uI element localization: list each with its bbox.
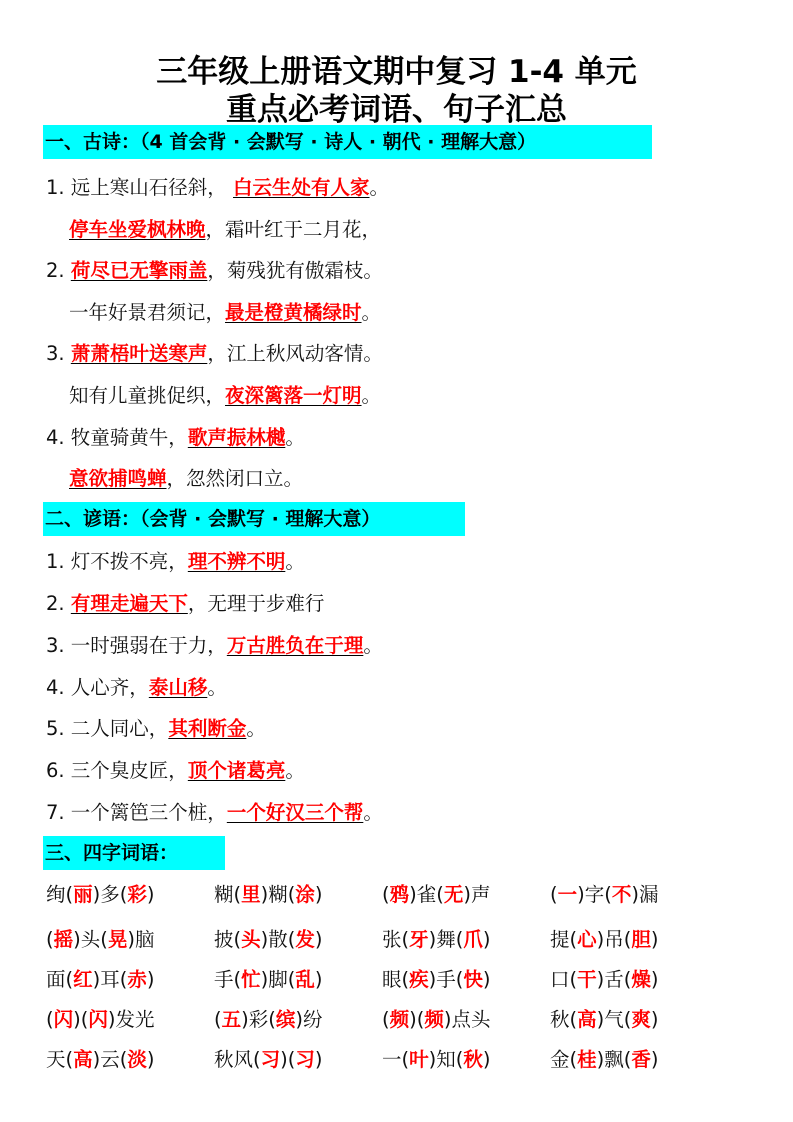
answer-text: 夜深篱落一灯明 [225, 384, 362, 407]
poem-line: 停车坐爱枫林晚，霜叶红于二月花， [69, 216, 381, 244]
answer-text: 白云生处有人家 [233, 176, 370, 199]
poem-line: 1. 远上寒山石径斜， 白云生处有人家。 [46, 174, 389, 202]
answer-text: 顶个诸葛亮 [188, 759, 286, 782]
idiom-fill-answer: 频 [424, 1008, 444, 1031]
idiom-fill-answer: 频 [390, 1008, 410, 1031]
proverb-line: 6. 三个臭皮匠，顶个诸葛亮。 [46, 757, 305, 785]
idiom-item: 一(叶)知(秋) [382, 1044, 491, 1076]
idiom-fill-answer: 干 [577, 968, 597, 991]
idiom-item: (一)字(不)漏 [550, 879, 659, 911]
idiom-item: 金(桂)飘(香) [550, 1044, 659, 1076]
section-heading-four-char-idioms: 三、四字词语： [43, 836, 225, 870]
idiom-fill-answer: 疾 [409, 968, 429, 991]
idiom-item: 糊(里)糊(涂) [214, 879, 323, 911]
idiom-item: (频)(频)点头 [382, 1004, 491, 1036]
poem-line: 知有儿童挑促织，夜深篱落一灯明。 [69, 382, 381, 410]
page-title-line2: 重点必考词语、句子汇总 [0, 84, 793, 129]
idiom-fill-answer: 发 [295, 928, 315, 951]
idiom-fill-answer: 忙 [241, 968, 261, 991]
idiom-fill-answer: 秋 [463, 1048, 483, 1071]
idiom-item: (闪)(闪)发光 [46, 1004, 155, 1036]
answer-text: 停车坐爱枫林晚 [69, 218, 206, 241]
poem-line: 3. 萧萧梧叶送寒声，江上秋风动客情。 [46, 340, 383, 368]
idiom-item: (五)彩(缤)纷 [214, 1004, 323, 1036]
idiom-item: 张(牙)舞(爪) [382, 924, 491, 956]
idiom-fill-answer: 爪 [463, 928, 483, 951]
idiom-fill-answer: 快 [463, 968, 483, 991]
proverb-line: 4. 人心齐，泰山移。 [46, 674, 227, 702]
idiom-fill-answer: 闪 [54, 1008, 74, 1031]
idiom-item: 口(干)舌(燥) [550, 964, 659, 996]
idiom-item: 绚(丽)多(彩) [46, 879, 155, 911]
idiom-fill-answer: 闪 [88, 1008, 108, 1031]
proverb-line: 3. 一时强弱在于力，万古胜负在于理。 [46, 632, 383, 660]
idiom-fill-answer: 不 [612, 883, 632, 906]
answer-text: 理不辨不明 [188, 550, 286, 573]
idiom-fill-answer: 头 [241, 928, 261, 951]
idiom-fill-answer: 香 [631, 1048, 651, 1071]
poem-line: 2. 荷尽已无擎雨盖，菊残犹有傲霜枝。 [46, 257, 383, 285]
idiom-fill-answer: 摇 [54, 928, 74, 951]
idiom-fill-answer: 高 [577, 1008, 597, 1031]
section-heading-proverbs: 二、谚语：（会背 · 会默写 · 理解大意） [43, 502, 465, 536]
answer-text: 其利断金 [168, 717, 246, 740]
idiom-fill-answer: 五 [222, 1008, 242, 1031]
proverb-line: 1. 灯不拨不亮，理不辨不明。 [46, 548, 305, 576]
idiom-fill-answer: 无 [444, 883, 464, 906]
idiom-fill-answer: 彩 [127, 883, 147, 906]
idiom-fill-answer: 鸦 [390, 883, 410, 906]
answer-text: 有理走遍天下 [71, 592, 188, 615]
proverb-line: 2. 有理走遍天下，无理于步难行 [46, 590, 324, 618]
idiom-item: 眼(疾)手(快) [382, 964, 491, 996]
idiom-fill-answer: 桂 [577, 1048, 597, 1071]
idiom-fill-answer: 爽 [631, 1008, 651, 1031]
idiom-fill-answer: 晃 [108, 928, 128, 951]
idiom-fill-answer: 丽 [73, 883, 93, 906]
answer-text: 荷尽已无擎雨盖 [71, 259, 208, 282]
idiom-fill-answer: 习 [261, 1048, 281, 1071]
idiom-fill-answer: 涂 [295, 883, 315, 906]
idiom-item: 披(头)散(发) [214, 924, 323, 956]
poem-line: 4. 牧童骑黄牛，歌声振林樾。 [46, 424, 305, 452]
idiom-fill-answer: 乱 [295, 968, 315, 991]
idiom-item: 秋(高)气(爽) [550, 1004, 659, 1036]
answer-text: 最是橙黄橘绿时 [225, 301, 362, 324]
idiom-fill-answer: 缤 [276, 1008, 296, 1031]
answer-text: 万古胜负在于理 [227, 634, 364, 657]
idiom-fill-answer: 叶 [409, 1048, 429, 1071]
answer-text: 一个好汉三个帮 [227, 801, 364, 824]
idiom-item: (鸦)雀(无)声 [382, 879, 491, 911]
proverb-line: 7. 一个篱笆三个桩，一个好汉三个帮。 [46, 799, 383, 827]
idiom-item: (摇)头(晃)脑 [46, 924, 155, 956]
poem-line: 一年好景君须记，最是橙黄橘绿时。 [69, 299, 381, 327]
idiom-fill-answer: 牙 [409, 928, 429, 951]
idiom-item: 手(忙)脚(乱) [214, 964, 323, 996]
idiom-fill-answer: 胆 [631, 928, 651, 951]
idiom-item: 秋风(习)(习) [214, 1044, 322, 1076]
answer-text: 歌声振林樾 [188, 426, 286, 449]
idiom-fill-answer: 高 [73, 1048, 93, 1071]
idiom-fill-answer: 淡 [127, 1048, 147, 1071]
poem-line: 意欲捕鸣蝉，忽然闭口立。 [69, 465, 303, 493]
idiom-item: 提(心)吊(胆) [550, 924, 659, 956]
idiom-fill-answer: 习 [295, 1048, 315, 1071]
idiom-fill-answer: 红 [73, 968, 93, 991]
idiom-item: 面(红)耳(赤) [46, 964, 155, 996]
idiom-fill-answer: 里 [241, 883, 261, 906]
idiom-fill-answer: 心 [577, 928, 597, 951]
idiom-fill-answer: 燥 [631, 968, 651, 991]
answer-text: 意欲捕鸣蝉 [69, 467, 167, 490]
idiom-item: 天(高)云(淡) [46, 1044, 155, 1076]
answer-text: 萧萧梧叶送寒声 [71, 342, 208, 365]
proverb-line: 5. 二人同心，其利断金。 [46, 715, 266, 743]
answer-text: 泰山移 [149, 676, 208, 699]
idiom-fill-answer: 一 [558, 883, 578, 906]
section-heading-ancient-poems: 一、古诗：（4 首会背 · 会默写 · 诗人 · 朝代 · 理解大意） [43, 125, 652, 159]
idiom-fill-answer: 赤 [127, 968, 147, 991]
